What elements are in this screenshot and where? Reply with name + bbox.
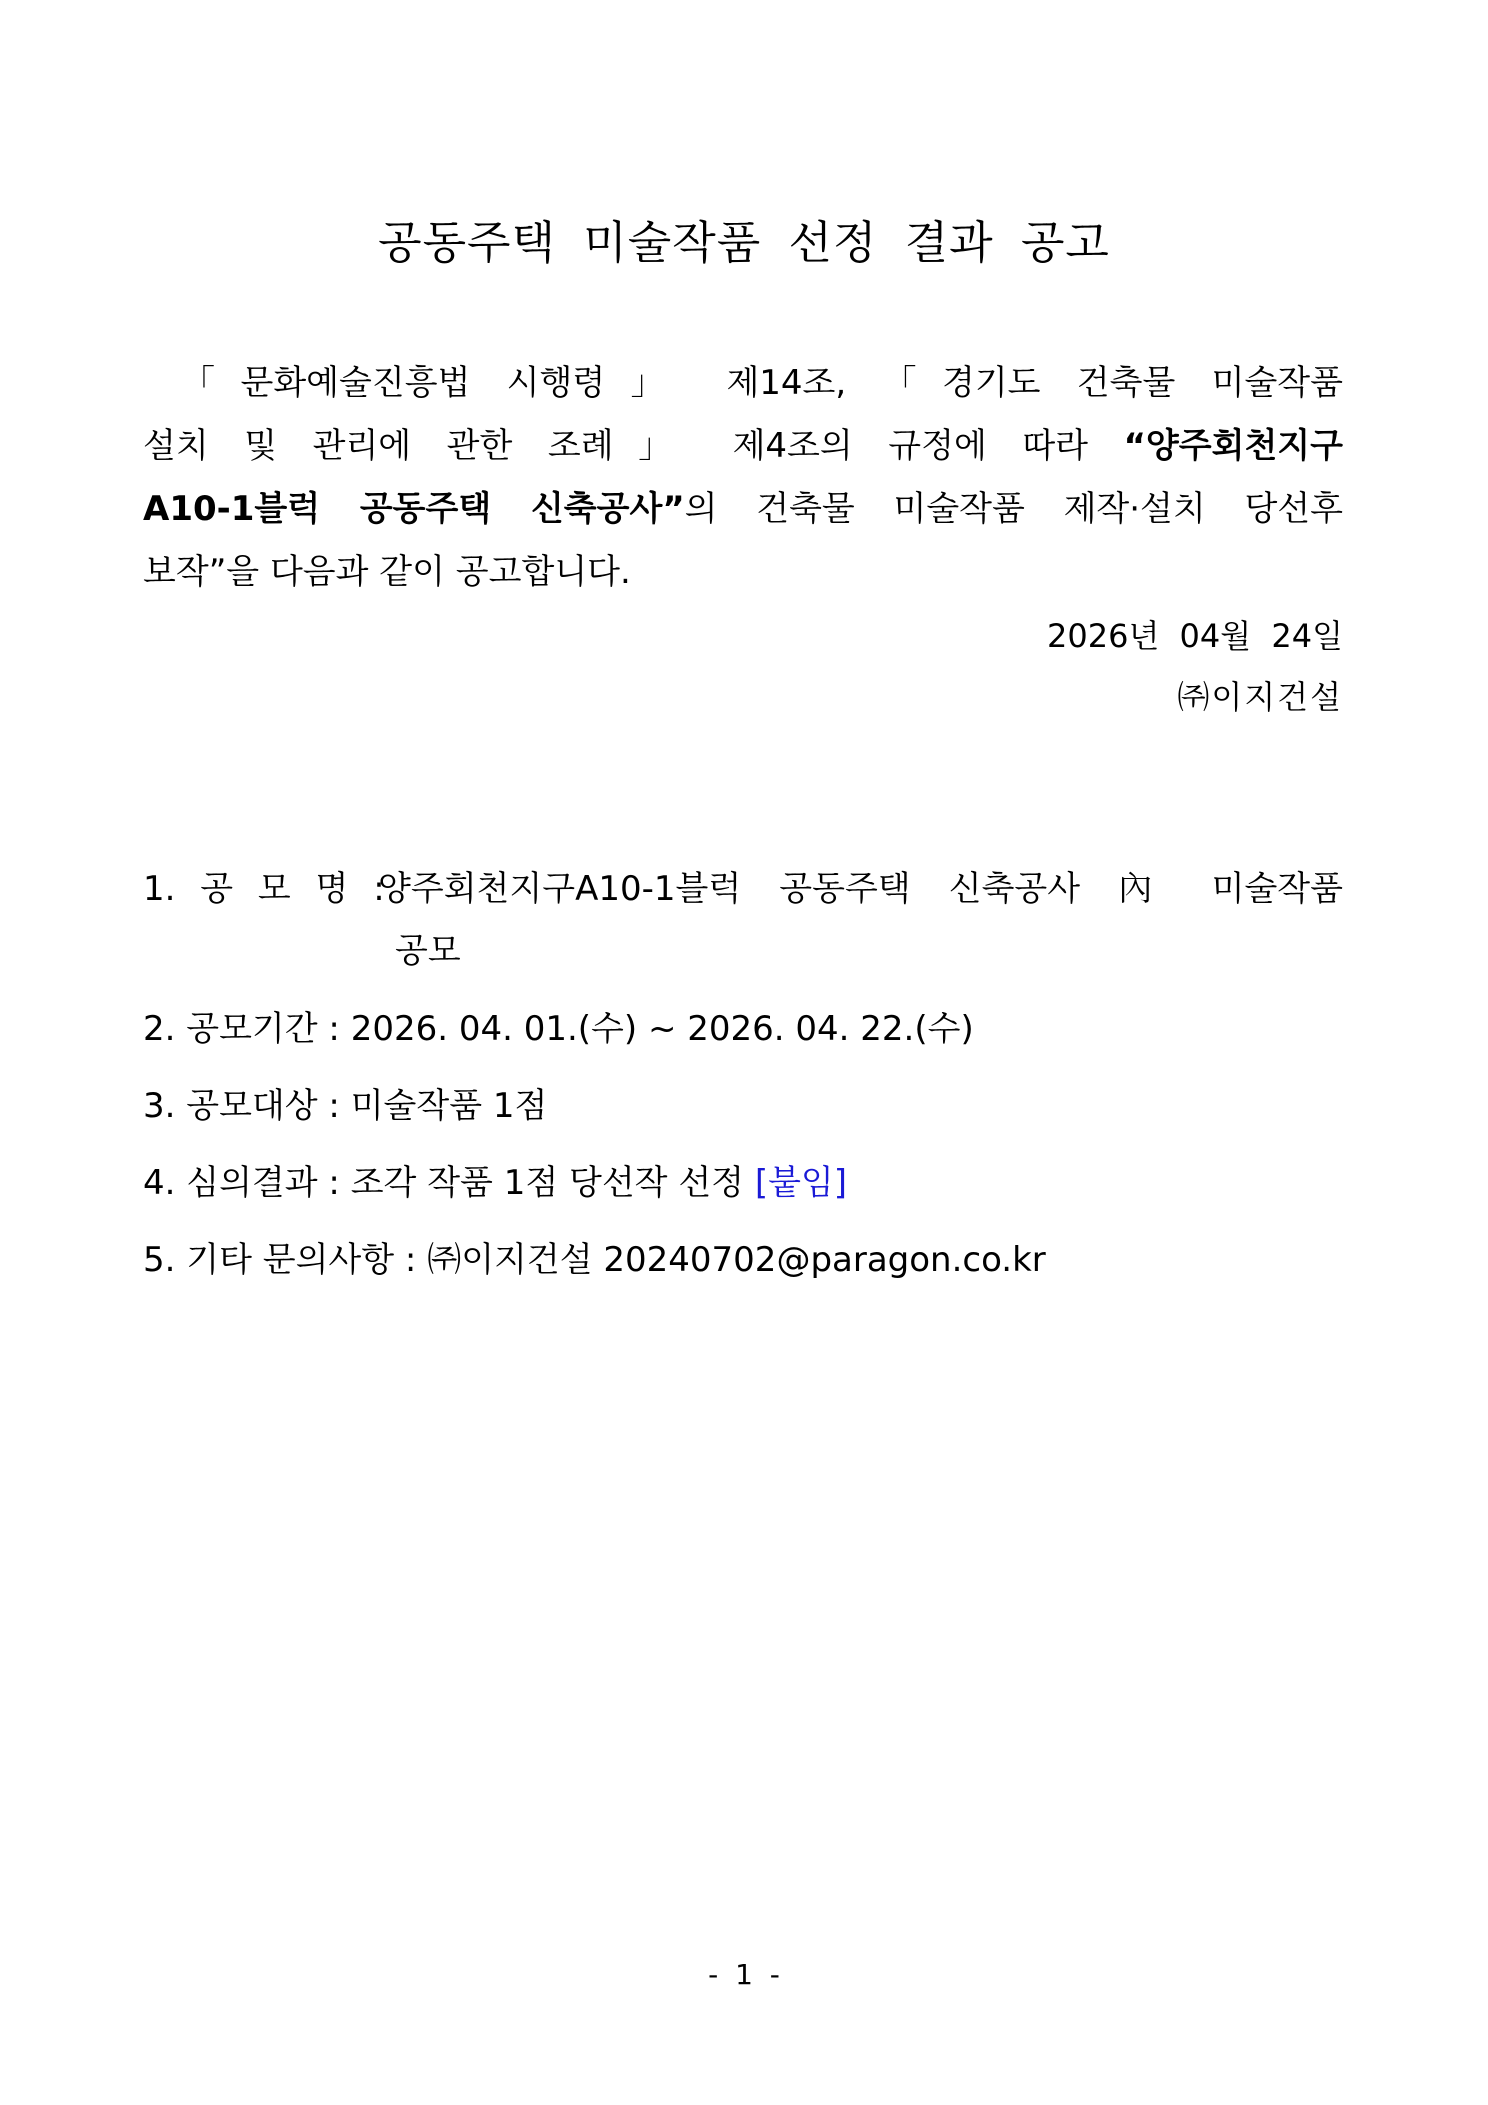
item-label: 1. 공 모 명 : — [143, 858, 385, 921]
item-value: 양주회천지구A10-1블럭 공동주택 신축공사 內 미술작품 — [378, 858, 1343, 921]
intro-line-4: 보작”을 다음과 같이 공고합니다. — [143, 541, 1343, 604]
item-competition-name: 1. 공 모 명 : 양주회천지구A10-1블럭 공동주택 신축공사 內 미술작… — [143, 858, 1343, 998]
item-label: 3. 공모대상 : — [143, 1086, 340, 1126]
item-label: 5. 기타 문의사항 : — [143, 1240, 416, 1280]
intro-line-2: 설치 및 관리에 관한 조례」 제4조의 규정에 따라 “양주회천지구 — [143, 415, 1343, 478]
item-value: 미술작품 1점 — [351, 1086, 548, 1126]
intro-line-3: A10-1블럭 공동주택 신축공사”의 건축물 미술작품 제작·설치 당선후 — [143, 478, 1343, 541]
intro-line-3-text: 의 건축물 미술작품 제작·설치 당선후 — [685, 489, 1343, 529]
item-other-inquiries: 5. 기타 문의사항 : ㈜이지건설 20240702@paragon.co.k… — [143, 1229, 1343, 1292]
document-page: 공동주택 미술작품 선정 결과 공고 「문화예술진흥법 시행령」 제14조, 「… — [0, 0, 1488, 2105]
company-name: ㈜이지건설 — [1177, 672, 1343, 722]
intro-line-1-text: 「문화예술진흥법 시행령」 제14조, 「경기도 건축물 미술작품 — [181, 363, 1343, 403]
intro-line-1: 「문화예술진흥법 시행령」 제14조, 「경기도 건축물 미술작품 — [143, 352, 1343, 415]
item-competition-target: 3. 공모대상 : 미술작품 1점 — [143, 1075, 1343, 1138]
announcement-items: 1. 공 모 명 : 양주회천지구A10-1블럭 공동주택 신축공사 內 미술작… — [143, 858, 1343, 1292]
item-value: 2026. 04. 01.(수) ~ 2026. 04. 22.(수) — [351, 1009, 974, 1049]
item-competition-period: 2. 공모기간 : 2026. 04. 01.(수) ~ 2026. 04. 2… — [143, 998, 1343, 1061]
announcement-date: 2026년 04월 24일 — [1047, 611, 1343, 661]
attachment-link[interactable]: [붙임] — [755, 1163, 847, 1203]
item-value: 조각 작품 1점 당선작 선정 — [351, 1163, 744, 1203]
item-value: ㈜이지건설 20240702@paragon.co.kr — [427, 1240, 1046, 1280]
intro-paragraph: 「문화예술진흥법 시행령」 제14조, 「경기도 건축물 미술작품 설치 및 관… — [143, 352, 1343, 604]
item-review-result: 4. 심의결과 : 조각 작품 1점 당선작 선정 [붙임] — [143, 1152, 1343, 1215]
item-label: 4. 심의결과 : — [143, 1163, 340, 1203]
document-title: 공동주택 미술작품 선정 결과 공고 — [0, 213, 1488, 273]
project-name-part-2: A10-1블럭 공동주택 신축공사” — [143, 489, 685, 529]
intro-line-4-text: 보작”을 다음과 같이 공고합니다. — [143, 552, 631, 592]
item-label: 2. 공모기간 : — [143, 1009, 340, 1049]
page-number: - 1 - — [0, 1955, 1488, 1995]
item-value-continued: 공모 — [395, 920, 461, 983]
project-name-part-1: “양주회천지구 — [1124, 426, 1343, 466]
intro-line-2-text: 설치 및 관리에 관한 조례」 제4조의 규정에 따라 — [143, 426, 1124, 466]
